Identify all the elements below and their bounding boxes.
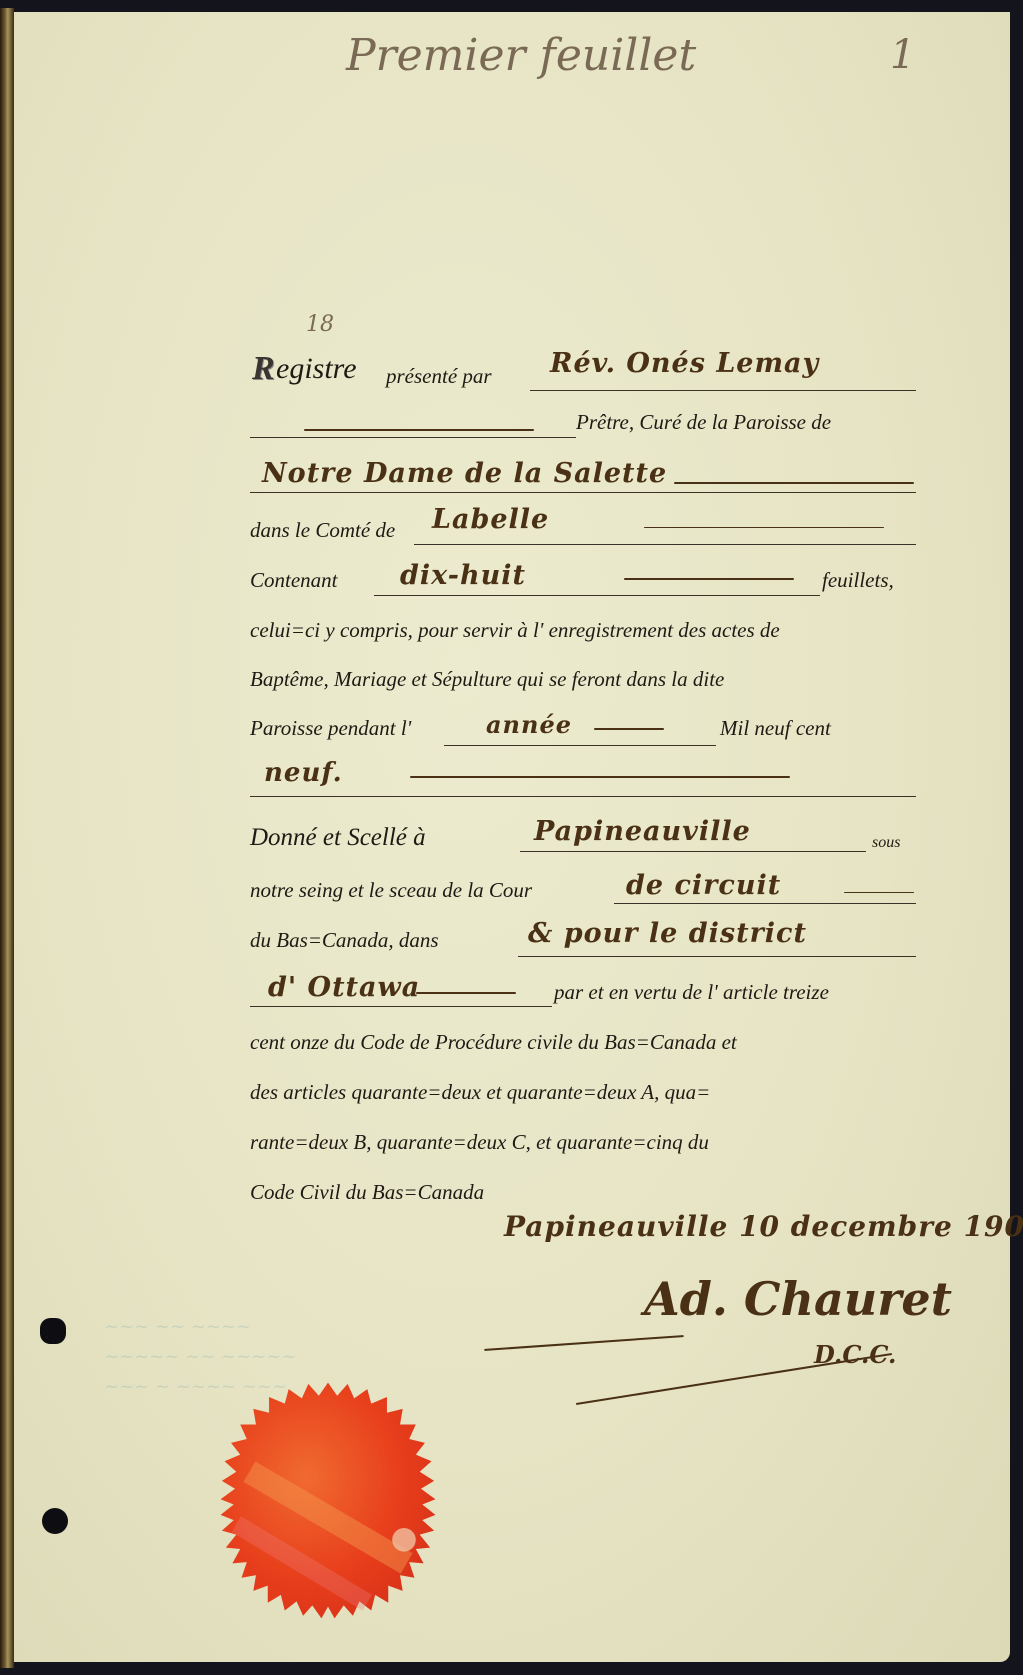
paroisse-label: Paroisse pendant l' bbox=[250, 716, 411, 741]
pencil-note: Premier feuillet bbox=[346, 30, 696, 81]
ink-dash bbox=[674, 482, 914, 484]
article-label: par et en vertu de l' article treize bbox=[554, 980, 829, 1005]
parish-name: Notre Dame de la Salette bbox=[262, 458, 667, 489]
fill-line bbox=[374, 595, 820, 596]
county-name: Labelle bbox=[432, 504, 549, 535]
sous-label: sous bbox=[872, 834, 900, 852]
fill-line bbox=[250, 437, 576, 438]
registre-label: egistre bbox=[276, 352, 357, 386]
presenter-name: Rév. Onés Lemay bbox=[550, 348, 819, 379]
body-text-line: des articles quarante=deux et quarante=d… bbox=[250, 1080, 710, 1105]
contenant-label: Contenant bbox=[250, 568, 338, 593]
signature-flourish bbox=[484, 1335, 684, 1351]
ink-dash bbox=[624, 578, 794, 580]
mil-neuf-cent-label: Mil neuf cent bbox=[720, 716, 831, 741]
signature: Ad. Chauret bbox=[644, 1272, 952, 1326]
binder-hole bbox=[40, 1318, 66, 1344]
ink-dash bbox=[644, 527, 884, 528]
wax-seal-icon bbox=[197, 1380, 459, 1642]
fill-line bbox=[444, 745, 716, 746]
court-fill: de circuit bbox=[626, 870, 781, 901]
body-text-line: rante=deux B, quarante=deux C, et quaran… bbox=[250, 1130, 709, 1155]
fill-line bbox=[530, 390, 916, 391]
ink-dash bbox=[844, 892, 914, 893]
fill-line bbox=[518, 956, 916, 957]
body-text-line: cent onze du Code de Procédure civile du… bbox=[250, 1030, 737, 1055]
presente-par-label: présenté par bbox=[386, 364, 492, 389]
fill-line bbox=[614, 903, 916, 904]
ink-dash bbox=[410, 776, 790, 778]
district-fill: & pour le district bbox=[528, 918, 807, 949]
sheet-count: dix-huit bbox=[400, 560, 526, 591]
ink-dash bbox=[416, 992, 516, 994]
cour-label: notre seing et le sceau de la Cour bbox=[250, 878, 532, 903]
place-date: Papineauville 10 decembre 1908 bbox=[504, 1210, 1023, 1243]
bas-canada-label: du Bas=Canada, dans bbox=[250, 928, 439, 953]
fill-line bbox=[414, 544, 916, 545]
fill-line bbox=[250, 492, 916, 493]
body-text-line: celui=ci y compris, pour servir à l' enr… bbox=[250, 618, 780, 643]
fill-line bbox=[520, 851, 866, 852]
annee-fill: année bbox=[486, 710, 572, 739]
year-fill: neuf. bbox=[264, 758, 343, 788]
fill-line bbox=[250, 1006, 552, 1007]
document-page: Premier feuillet 1 18 R egistre présenté… bbox=[14, 12, 1010, 1662]
ornate-initial: R bbox=[252, 350, 275, 388]
signature-title: D.C.C. bbox=[814, 1340, 896, 1369]
pretre-cure-label: Prêtre, Curé de la Paroisse de bbox=[576, 410, 831, 435]
body-text-line: Code Civil du Bas=Canada bbox=[250, 1180, 484, 1205]
donne-scelle-label: Donné et Scellé à bbox=[250, 824, 426, 852]
page-number: 1 bbox=[890, 32, 915, 78]
ink-dash bbox=[304, 429, 534, 431]
sheet-count-note: 18 bbox=[306, 312, 334, 337]
comte-label: dans le Comté de bbox=[250, 518, 395, 543]
ink-dash bbox=[594, 728, 664, 730]
fill-line bbox=[250, 796, 916, 797]
district-name: d' Ottawa bbox=[268, 972, 420, 1003]
feuillets-label: feuillets, bbox=[822, 568, 894, 593]
binder-hole bbox=[42, 1508, 68, 1534]
body-text-line: Baptême, Mariage et Sépulture qui se fer… bbox=[250, 667, 724, 692]
binding-spine bbox=[0, 8, 14, 1668]
place-fill: Papineauville bbox=[534, 816, 751, 847]
